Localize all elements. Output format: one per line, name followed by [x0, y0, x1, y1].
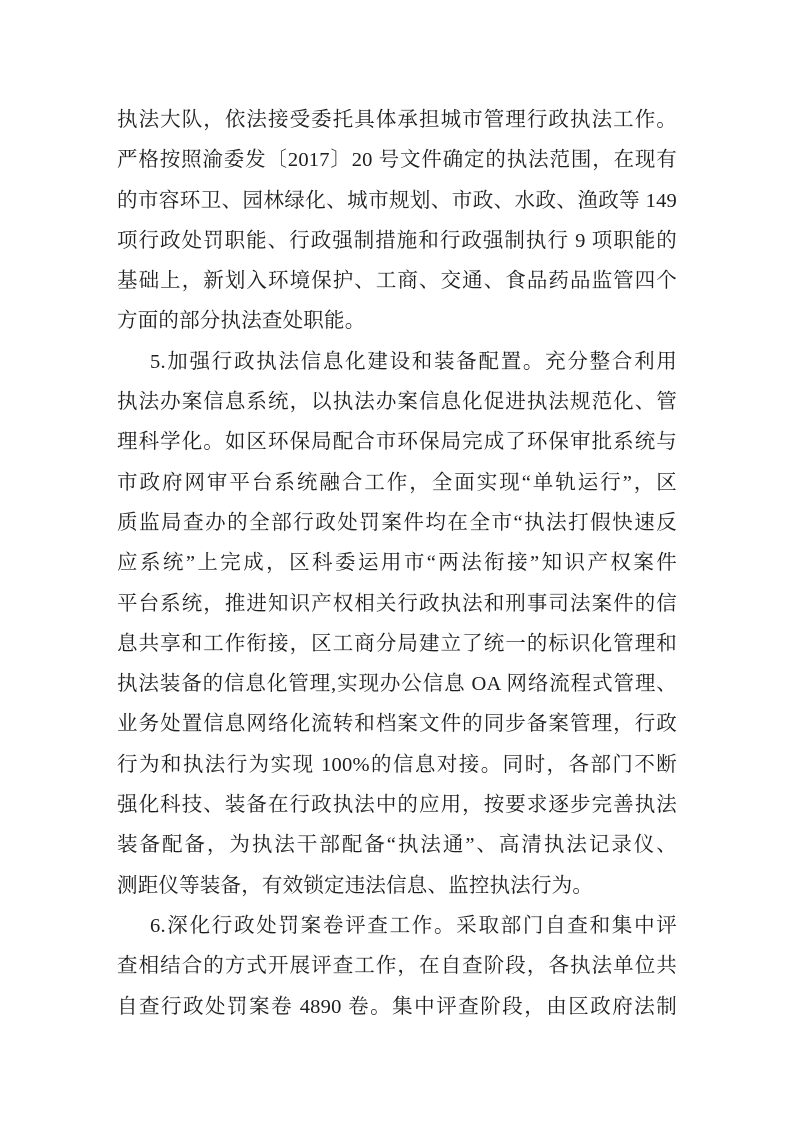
text-line: 自查行政处罚案卷 4890 卷。集中评查阶段，由区政府法制: [117, 987, 677, 1027]
text-line: 市政府网审平台系统融合工作，全面实现“单轨运行”，区: [117, 463, 677, 503]
paragraph-item-6: 6.深化行政处罚案卷评查工作。采取部门自查和集中评 查相结合的方式开展评查工作，…: [117, 906, 677, 1027]
text-line: 平台系统，推进知识产权相关行政执法和刑事司法案件的信: [117, 584, 677, 624]
text-line: 息共享和工作衔接，区工商分局建立了统一的标识化管理和: [117, 624, 677, 664]
paragraph-item-5: 5.加强行政执法信息化建设和装备配置。充分整合利用 执法办案信息系统，以执法办案…: [117, 342, 677, 906]
text-line: 装备配备，为执法干部配备“执法通”、高清执法记录仪、: [117, 825, 677, 865]
text-line: 理科学化。如区环保局配合市环保局完成了环保审批系统与: [117, 422, 677, 462]
text-line: 业务处置信息网络化流转和档案文件的同步备案管理，行政: [117, 704, 677, 744]
text-line: 的市容环卫、园林绿化、城市规划、市政、水政、渔政等 149: [117, 181, 677, 221]
paragraph-continuation: 执法大队，依法接受委托具体承担城市管理行政执法工作。 严格按照渝委发〔2017〕…: [117, 100, 677, 342]
text-line: 基础上，新划入环境保护、工商、交通、食品药品监管四个: [117, 261, 677, 301]
text-line: 执法装备的信息化管理,实现办公信息 OA 网络流程式管理、: [117, 664, 677, 704]
text-line: 5.加强行政执法信息化建设和装备配置。充分整合利用: [117, 342, 677, 382]
document-page: 执法大队，依法接受委托具体承担城市管理行政执法工作。 严格按照渝委发〔2017〕…: [0, 0, 793, 1122]
text-line: 质监局查办的全部行政处罚案件均在全市“执法打假快速反: [117, 503, 677, 543]
text-line: 6.深化行政处罚案卷评查工作。采取部门自查和集中评: [117, 906, 677, 946]
text-line: 应系统”上完成，区科委运用市“两法衔接”知识产权案件: [117, 543, 677, 583]
text-line: 执法大队，依法接受委托具体承担城市管理行政执法工作。: [117, 100, 677, 140]
text-line: 严格按照渝委发〔2017〕20 号文件确定的执法范围，在现有: [117, 140, 677, 180]
text-line: 测距仪等装备，有效锁定违法信息、监控执法行为。: [117, 866, 677, 906]
text-line: 查相结合的方式开展评查工作，在自查阶段，各执法单位共: [117, 946, 677, 986]
text-line: 行为和执法行为实现 100%的信息对接。同时，各部门不断: [117, 745, 677, 785]
text-line: 项行政处罚职能、行政强制措施和行政强制执行 9 项职能的: [117, 221, 677, 261]
text-line: 方面的部分执法查处职能。: [117, 301, 677, 341]
text-line: 执法办案信息系统，以执法办案信息化促进执法规范化、管: [117, 382, 677, 422]
document-text: 执法大队，依法接受委托具体承担城市管理行政执法工作。 严格按照渝委发〔2017〕…: [117, 100, 677, 1027]
text-line: 强化科技、装备在行政执法中的应用，按要求逐步完善执法: [117, 785, 677, 825]
